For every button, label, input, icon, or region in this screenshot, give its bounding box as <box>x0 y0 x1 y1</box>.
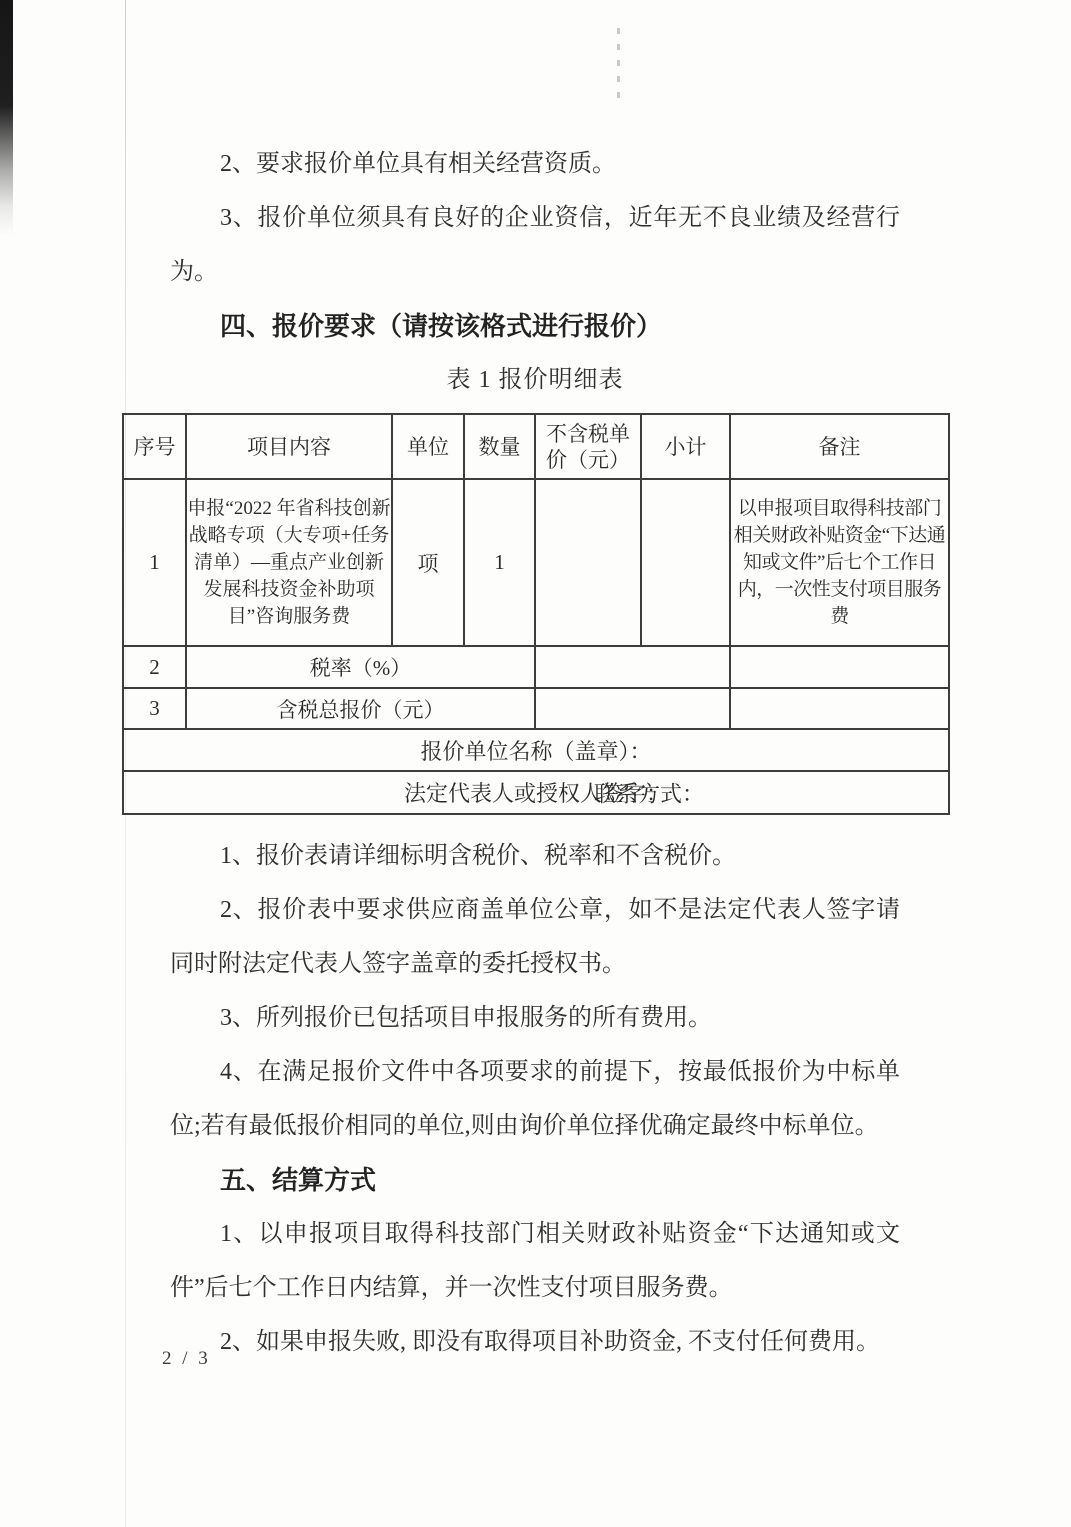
cell-tax-rate-remark-blank <box>730 646 949 688</box>
table-header-row: 序号 项目内容 单位 数量 不含税单价（元） 小计 备注 <box>123 414 949 479</box>
note-4: 4、在满足报价文件中各项要求的前提下，按最低报价为中标单位;若有最低报价相同的单… <box>170 1045 900 1153</box>
settlement-2: 2、如果申报失败, 即没有取得项目补助资金, 不支付任何费用。 <box>170 1315 900 1369</box>
note-1: 1、报价表请详细标明含税价、税率和不含税价。 <box>170 829 900 883</box>
quotation-table: 序号 项目内容 单位 数量 不含税单价（元） 小计 备注 1 申报“2022 年… <box>122 413 950 815</box>
scanned-document-page: 2、要求报价单位具有相关经营资质。 3、报价单位须具有良好的企业资信，近年无不良… <box>0 0 1071 1527</box>
header-subtotal: 小计 <box>641 414 730 479</box>
page-number: 2 / 3 <box>162 1348 211 1370</box>
section4-heading: 四、报价要求（请按该格式进行报价） <box>170 299 900 353</box>
cell-total-price-remark-blank <box>730 688 949 729</box>
cell-seq-2: 2 <box>123 646 186 688</box>
header-remark: 备注 <box>730 414 949 479</box>
cell-tax-rate-value-blank <box>535 646 730 688</box>
table-caption: 表 1 报价明细表 <box>122 353 948 407</box>
cell-subtotal-blank <box>641 479 730 646</box>
note-2: 2、报价表中要求供应商盖单位公章，如不是法定代表人签字请同时附法定代表人签字盖章… <box>170 883 900 991</box>
cell-item-content: 申报“2022 年省科技创新战略专项（大专项+任务清单）—重点产业创新发展科技资… <box>186 479 392 646</box>
header-item-content: 项目内容 <box>186 414 392 479</box>
settlement-1: 1、以申报项目取得科技部门相关财政补贴资金“下达通知或文件”后七个工作日内结算，… <box>170 1207 900 1315</box>
cell-total-price-label: 含税总报价（元） <box>186 688 535 729</box>
cell-signature: 法定代表人或授权人签字： 联系方式： <box>123 771 949 814</box>
cell-total-price-value-blank <box>535 688 730 729</box>
cell-qty: 1 <box>464 479 535 646</box>
paragraph-requirement-3: 3、报价单位须具有良好的企业资信，近年无不良业绩及经营行为。 <box>170 191 900 299</box>
paragraph-requirement-2: 2、要求报价单位具有相关经营资质。 <box>170 137 900 191</box>
settlement-terms: 1、以申报项目取得科技部门相关财政补贴资金“下达通知或文件”后七个工作日内结算，… <box>0 1207 1071 1369</box>
table-row-total-price: 3 含税总报价（元） <box>123 688 949 729</box>
cell-unit-price-blank <box>535 479 641 646</box>
header-unit-price: 不含税单价（元） <box>535 414 641 479</box>
note-3: 3、所列报价已包括项目申报服务的所有费用。 <box>170 991 900 1045</box>
header-qty: 数量 <box>464 414 535 479</box>
table-row-signature: 法定代表人或授权人签字： 联系方式： <box>123 771 949 814</box>
cell-remark: 以申报项目取得科技部门相关财政补贴资金“下达通知或文件”后七个工作日内，一次性支… <box>730 479 949 646</box>
cell-unit: 项 <box>392 479 464 646</box>
cell-company-name-label: 报价单位名称（盖章）： <box>123 729 949 771</box>
quotation-notes: 1、报价表请详细标明含税价、税率和不含税价。 2、报价表中要求供应商盖单位公章，… <box>0 829 1071 1153</box>
cell-seq-3: 3 <box>123 688 186 729</box>
contact-label: 联系方式： <box>594 777 704 808</box>
table-row-company-name: 报价单位名称（盖章）： <box>123 729 949 771</box>
header-unit: 单位 <box>392 414 464 479</box>
cell-seq-1: 1 <box>123 479 186 646</box>
document-content: 2、要求报价单位具有相关经营资质。 3、报价单位须具有良好的企业资信，近年无不良… <box>0 0 1071 1369</box>
header-seq: 序号 <box>123 414 186 479</box>
table-row-tax-rate: 2 税率（%） <box>123 646 949 688</box>
cell-tax-rate-label: 税率（%） <box>186 646 535 688</box>
section5-heading: 五、结算方式 <box>170 1153 900 1207</box>
table-row-item-1: 1 申报“2022 年省科技创新战略专项（大专项+任务清单）—重点产业创新发展科… <box>123 479 949 646</box>
